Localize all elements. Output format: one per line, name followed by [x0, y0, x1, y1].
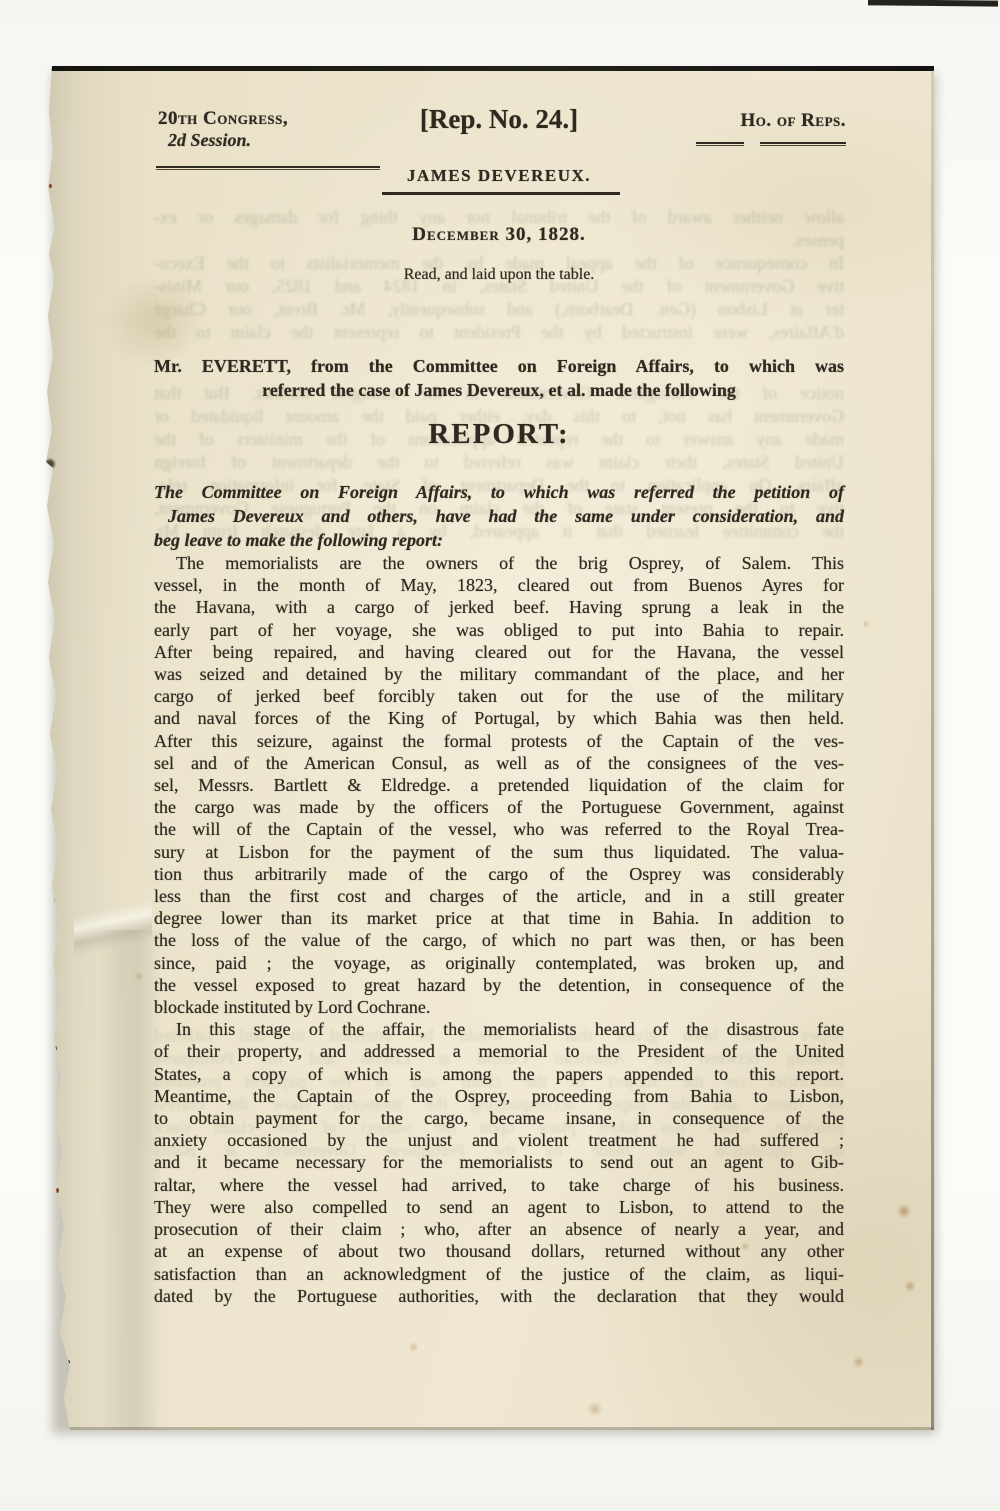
text-line: prosecution of their claim ; who, after … [154, 1218, 844, 1240]
text-line: at an expense of about two thousand doll… [154, 1240, 844, 1262]
page-behind-top-edge [46, 66, 934, 71]
text-line: referred the case of James Devereux, et … [154, 378, 844, 402]
paper-right-edge [931, 70, 934, 1430]
text-line: Meantime, the Captain of the Osprey, pro… [154, 1085, 844, 1107]
text-line: degree lower than its market price at th… [154, 907, 844, 929]
text-line: sel and of the American Consul, as well … [154, 752, 844, 774]
text-line: satisfaction than an acknowledgment of t… [154, 1263, 844, 1285]
foxing-spot [896, 1204, 912, 1218]
scanned-document-page: { "page": { "background_color": "#fbfbf8… [0, 0, 1000, 1511]
document-paper: allow neither award of the tribunal nor … [46, 66, 934, 1430]
text-line: ter at Lisbon (Gen. Dearborn,) and subse… [154, 298, 844, 321]
action-line: Read, and laid upon the table. [154, 266, 844, 284]
edge-speck [47, 366, 50, 371]
text-line: The Committee on Foreign Affairs, to whi… [154, 480, 844, 504]
text-line: States, a copy of which is among the pap… [154, 1063, 844, 1085]
case-title-rule [382, 192, 620, 195]
foxing-spot [134, 972, 144, 981]
rule-segment [696, 142, 744, 146]
text-line: tion thus arbitrarily made of the cargo … [154, 863, 844, 885]
text-line: of their property, and addressed a memor… [154, 1040, 844, 1062]
text-line: After this seizure, against the formal p… [154, 730, 844, 752]
text-line: The memorialists are the owners of the b… [154, 552, 844, 574]
text-line: less than the first cost and charges of … [154, 885, 844, 907]
text-line: sel, Messrs. Bartlett & Eldredge. a pret… [154, 774, 844, 796]
text-line: the vessel exposed to great hazard by th… [154, 974, 844, 996]
rule-segment [760, 142, 846, 146]
paper-bottom-edge [60, 1427, 934, 1430]
text-line: dated by the Portuguese authorities, wit… [154, 1285, 844, 1307]
text-line: raltar, where the vessel had arrived, to… [154, 1174, 844, 1196]
edge-speck [49, 184, 52, 188]
text-line: They were also compelled to send an agen… [154, 1196, 844, 1218]
binding-hole [44, 458, 56, 470]
body-paragraph-1: The memorialists are the owners of the b… [154, 552, 844, 1018]
text-line: cargo of jerked beef forcibly taken out … [154, 685, 844, 707]
attribution-paragraph: Mr. EVERETT, from the Committee on Forei… [154, 354, 844, 402]
sheet-behind-edge [868, 0, 998, 7]
text-line: blockade instituted by Lord Cochrane. [154, 996, 844, 1018]
chamber-underline-rule [696, 142, 846, 146]
edge-speck [48, 624, 51, 630]
text-line: to obtain payment for the cargo, became … [154, 1107, 844, 1129]
committee-preamble: The Committee on Foreign Affairs, to whi… [154, 480, 844, 552]
body-paragraph-2: In this stage of the affair, the memoria… [154, 1018, 844, 1307]
foxing-spot [408, 1342, 419, 1352]
text-line: d'Affaires, were instructed by the Presi… [154, 321, 844, 344]
text-line: After being repaired, and having cleared… [154, 641, 844, 663]
text-line: early part of her voyage, she was oblige… [154, 619, 844, 641]
text-line: the loss of the value of the cargo, of w… [154, 929, 844, 951]
text-line: was seized and detained by the military … [154, 663, 844, 685]
text-line: the cargo was made by the officers of th… [154, 796, 844, 818]
text-line: sury at Lisbon for the payment of the su… [154, 841, 844, 863]
text-line: the will of the Captain of the vessel, w… [154, 818, 844, 840]
text-line: the Havana, with a cargo of jerked beef.… [154, 596, 844, 618]
text-line: and naval forces of the King of Portugal… [154, 707, 844, 729]
text-line: anxiety occasioned by the unjust and vio… [154, 1129, 844, 1151]
report-body: The memorialists are the owners of the b… [154, 552, 844, 1307]
foxing-spot [904, 1280, 916, 1292]
paper-streak [98, 930, 162, 1430]
text-line: beg leave to make the following report: [154, 528, 844, 552]
date-line: December 30, 1828. [154, 224, 844, 246]
text-line: United States, their claim was referred … [154, 451, 844, 474]
text-line: In this stage of the affair, the memoria… [154, 1018, 844, 1040]
foxing-spot [852, 1356, 865, 1368]
text-line: vessel, in the month of May, 1823, clear… [154, 574, 844, 596]
text-line: Mr. EVERETT, from the Committee on Forei… [154, 354, 844, 378]
paper-stain [104, 276, 204, 366]
foxing-spot [586, 1402, 604, 1416]
text-line: since, paid ; the voyage, as originally … [154, 952, 844, 974]
foxing-spot [862, 620, 870, 628]
report-heading: REPORT: [154, 418, 844, 451]
text-line: and it became necessary for the memorial… [154, 1151, 844, 1173]
case-title: JAMES DEVEREUX. [154, 166, 844, 186]
text-line: James Devereux and others, have had the … [154, 504, 844, 528]
chamber-label: Ho. of Reps. [740, 110, 846, 132]
